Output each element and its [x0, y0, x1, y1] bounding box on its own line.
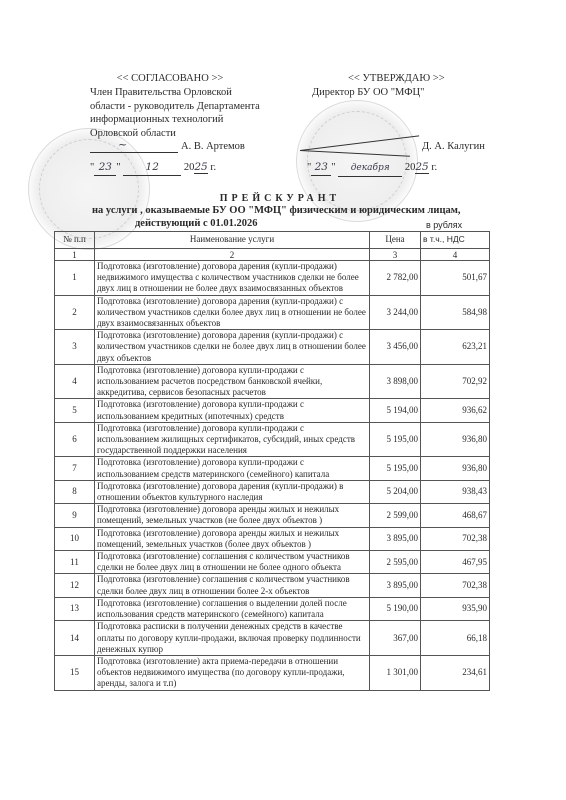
approval-left-heading: << СОГЛАСОВАНО >> — [110, 72, 230, 86]
service-price: 2 595,00 — [370, 551, 421, 574]
table-row: 8Подготовка (изготовление) договора даре… — [55, 480, 490, 503]
header-vat: в т.ч., НДС — [421, 232, 490, 249]
table-row: 7Подготовка (изготовление) договора купл… — [55, 457, 490, 480]
left-date-day: 23 — [94, 161, 116, 176]
service-name: Подготовка расписки в получении денежных… — [95, 621, 370, 656]
service-name: Подготовка (изготовление) договора дарен… — [95, 261, 370, 296]
service-price: 5 195,00 — [370, 457, 421, 480]
row-number: 7 — [55, 457, 95, 480]
left-date: "23" 12 2025 г. — [90, 161, 290, 176]
position-line: Член Правительства Орловской — [90, 86, 290, 100]
service-price: 3 895,00 — [370, 574, 421, 597]
header-service-name: Наименование услуги — [95, 232, 370, 249]
row-number: 1 — [55, 261, 95, 296]
service-name: Подготовка (изготовление) договора аренд… — [95, 504, 370, 527]
table-row: 4Подготовка (изготовление) договора купл… — [55, 364, 490, 399]
right-date-suffix: г. — [431, 162, 437, 173]
service-vat: 936,80 — [421, 422, 490, 457]
service-name: Подготовка (изготовление) соглашения с к… — [95, 551, 370, 574]
row-number: 14 — [55, 621, 95, 656]
service-price: 5 204,00 — [370, 480, 421, 503]
service-price: 5 194,00 — [370, 399, 421, 422]
right-date-year: 25 — [415, 161, 428, 174]
service-vat: 467,95 — [421, 551, 490, 574]
service-price: 3 898,00 — [370, 364, 421, 399]
left-signature-line — [90, 152, 178, 153]
service-vat: 938,43 — [421, 480, 490, 503]
service-name: Подготовка (изготовление) договора дарен… — [95, 295, 370, 330]
column-number: 2 — [95, 249, 370, 261]
approval-left-position: Член Правительства Орловской области - р… — [90, 86, 290, 140]
table-row: 6Подготовка (изготовление) договора купл… — [55, 422, 490, 457]
service-name: Подготовка (изготовление) договора дарен… — [95, 330, 370, 365]
service-vat: 936,62 — [421, 399, 490, 422]
service-vat: 702,38 — [421, 527, 490, 550]
right-date: "23" декабря 2025 г. — [307, 161, 507, 177]
table-header-row: № п.п Наименование услуги Цена в т.ч., Н… — [55, 232, 490, 249]
table-row: 15Подготовка (изготовление) акта приема-… — [55, 655, 490, 690]
row-number: 13 — [55, 597, 95, 620]
service-price: 2 599,00 — [370, 504, 421, 527]
service-name: Подготовка (изготовление) договора купли… — [95, 422, 370, 457]
service-vat: 936,80 — [421, 457, 490, 480]
position-line: области - руководитель Департамента — [90, 100, 290, 114]
approval-right-position: Директор БУ ОО "МФЦ" — [312, 86, 424, 100]
service-name: Подготовка (изготовление) договора аренд… — [95, 527, 370, 550]
service-vat: 66,18 — [421, 621, 490, 656]
service-name: Подготовка (изготовление) договора купли… — [95, 364, 370, 399]
row-number: 5 — [55, 399, 95, 422]
left-signer-name: А. В. Артемов — [181, 140, 245, 154]
row-number: 9 — [55, 504, 95, 527]
table-row: 13Подготовка (изготовление) соглашения о… — [55, 597, 490, 620]
column-number: 4 — [421, 249, 490, 261]
left-signature: ~ — [118, 138, 127, 151]
service-vat: 935,90 — [421, 597, 490, 620]
row-number: 15 — [55, 655, 95, 690]
left-date-year-prefix: 20 — [184, 162, 195, 173]
row-number: 12 — [55, 574, 95, 597]
column-number: 3 — [370, 249, 421, 261]
service-vat: 702,92 — [421, 364, 490, 399]
right-date-month: декабря — [338, 162, 402, 177]
row-number: 6 — [55, 422, 95, 457]
service-price: 2 782,00 — [370, 261, 421, 296]
left-date-suffix: г. — [210, 162, 216, 173]
service-price: 367,00 — [370, 621, 421, 656]
document-subtitle-line2: действующий с 01.01.2026 — [135, 218, 258, 229]
row-number: 10 — [55, 527, 95, 550]
service-vat: 584,98 — [421, 295, 490, 330]
service-price: 3 456,00 — [370, 330, 421, 365]
table-row: 11Подготовка (изготовление) соглашения с… — [55, 551, 490, 574]
service-vat: 623,21 — [421, 330, 490, 365]
service-price: 3 244,00 — [370, 295, 421, 330]
service-price: 5 195,00 — [370, 422, 421, 457]
service-vat: 702,38 — [421, 574, 490, 597]
header-number: № п.п — [55, 232, 95, 249]
table-row: 2Подготовка (изготовление) договора даре… — [55, 295, 490, 330]
right-date-year-prefix: 20 — [405, 162, 416, 173]
service-name: Подготовка (изготовление) соглашения о в… — [95, 597, 370, 620]
left-date-month: 12 — [123, 161, 181, 176]
table-row: 12Подготовка (изготовление) соглашения с… — [55, 574, 490, 597]
service-name: Подготовка (изготовление) договора купли… — [95, 399, 370, 422]
header-price: Цена — [370, 232, 421, 249]
service-price: 5 190,00 — [370, 597, 421, 620]
service-vat: 501,67 — [421, 261, 490, 296]
row-number: 8 — [55, 480, 95, 503]
approval-right-heading: << УТВЕРЖДАЮ >> — [348, 72, 445, 86]
row-number: 4 — [55, 364, 95, 399]
service-name: Подготовка (изготовление) акта приема-пе… — [95, 655, 370, 690]
row-number: 2 — [55, 295, 95, 330]
service-vat: 234,61 — [421, 655, 490, 690]
table-row: 10Подготовка (изготовление) договора аре… — [55, 527, 490, 550]
document-subtitle-line1: на услуги , оказываемые БУ ОО "МФЦ" физи… — [92, 205, 461, 216]
table-row: 3Подготовка (изготовление) договора даре… — [55, 330, 490, 365]
right-date-day: 23 — [311, 161, 331, 176]
service-price: 3 895,00 — [370, 527, 421, 550]
table-row: 9Подготовка (изготовление) договора арен… — [55, 504, 490, 527]
service-name: Подготовка (изготовление) договора купли… — [95, 457, 370, 480]
column-number: 1 — [55, 249, 95, 261]
currency-note: в рублях — [426, 220, 462, 230]
table-row: 14Подготовка расписки в получении денежн… — [55, 621, 490, 656]
position-line: информационных технологий — [90, 113, 290, 127]
service-name: Подготовка (изготовление) договора дарен… — [95, 480, 370, 503]
document-title: ПРЕЙСКУРАНТ — [200, 193, 360, 204]
table-row: 1Подготовка (изготовление) договора даре… — [55, 261, 490, 296]
table-column-number-row: 1 2 3 4 — [55, 249, 490, 261]
table-row: 5Подготовка (изготовление) договора купл… — [55, 399, 490, 422]
price-list-table: № п.п Наименование услуги Цена в т.ч., Н… — [54, 231, 490, 691]
service-name: Подготовка (изготовление) соглашения с к… — [95, 574, 370, 597]
service-vat: 468,67 — [421, 504, 490, 527]
right-signer-name: Д. А. Калугин — [422, 140, 485, 154]
service-price: 1 301,00 — [370, 655, 421, 690]
row-number: 3 — [55, 330, 95, 365]
row-number: 11 — [55, 551, 95, 574]
left-date-year: 25 — [194, 161, 207, 174]
